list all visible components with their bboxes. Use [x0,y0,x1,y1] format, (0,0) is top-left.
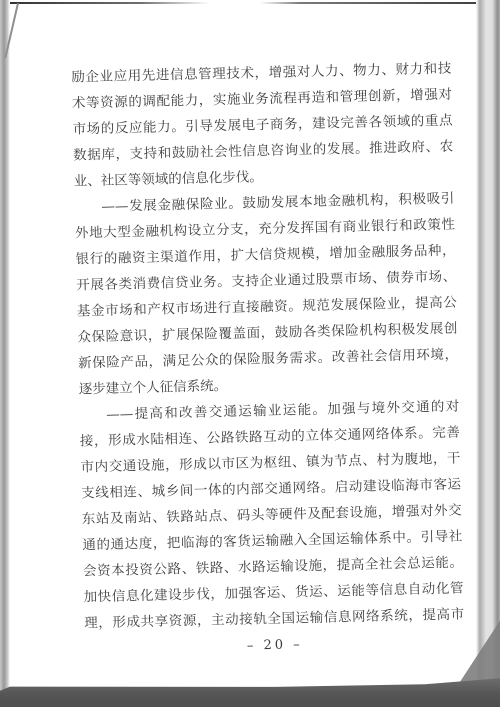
text-block: 励企业应用先进信息管理技术，增强对人力、物力、财力和技术等资源的调配能力，实施业… [71,56,465,658]
scan-right-edge-band [476,0,500,707]
scan-top-edge-line [0,2,500,4]
scan-bottom-edge-band [0,677,500,707]
scanned-page: 励企业应用先进信息管理技术，增强对人力、物力、财力和技术等资源的调配能力，实施业… [0,0,500,707]
scan-left-edge-line [0,0,10,707]
page-number: – 20 – [85,633,465,657]
